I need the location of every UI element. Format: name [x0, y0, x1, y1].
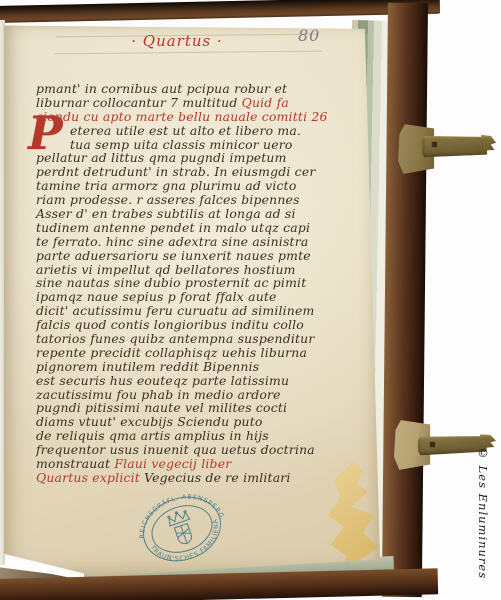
manuscript-line: ipamqz naue sepius p forat ffalx aute — [36, 290, 368, 304]
running-title: · Quartus · — [112, 32, 242, 50]
ink-text: pugndi pitissimi naute vel milites cocti — [36, 400, 287, 415]
rubric-text: Flaui vegecij liber — [114, 456, 231, 471]
rubric-text: Quartus explicit — [36, 470, 144, 485]
manuscript-line: dicit' acutissimu feru curuatu ad simili… — [36, 304, 368, 318]
ink-text: sine nautas sine dubio prosternit ac pim… — [36, 275, 306, 290]
manuscript-line: parte aduersarioru se iunxerit naues pmt… — [36, 249, 368, 263]
ink-text: tua semp uita classis minicor uero — [70, 137, 293, 152]
ink-text: pmant' in cornibus aut pcipua robur et — [36, 81, 287, 96]
manuscript-line: riam prodesse. r asseres falces bipennes — [36, 193, 368, 207]
ink-text: perdnt detrudunt' in strab. In eiusmgdi … — [36, 164, 315, 179]
book-cover-right-edge — [382, 3, 428, 597]
ink-text: monstrauat — [36, 456, 114, 471]
manuscript-line: Asser d' en trabes subtilis at longa ad … — [36, 207, 368, 221]
ink-text: frequentor usus inuenit qua uetus doctri… — [36, 442, 315, 457]
manuscript-line: sine nautas sine dubio prosternit ac pim… — [36, 276, 368, 290]
manuscript-line: repente precidit collaphisqz uehis libur… — [36, 346, 368, 360]
ink-text: tamine tria armorz gna plurimu ad victo — [36, 178, 297, 193]
ruled-line — [54, 51, 322, 55]
ink-text: tudinem antenne pendet in malo utqz capi — [36, 220, 310, 235]
manuscript-line: zacutissimu fou phab in medio ardore — [36, 388, 368, 402]
rubric-text: ciendu cu apto marte bellu nauale comitt… — [36, 109, 328, 124]
ink-text: repente precidit collaphisqz uehis libur… — [36, 345, 307, 360]
ink-text: te ferrato. hinc sine adextra sine asini… — [36, 234, 308, 249]
ink-text: tatorios funes quibz antempna suspenditu… — [36, 331, 314, 346]
clasp-top — [398, 122, 500, 176]
manuscript-line: te ferrato. hinc sine adextra sine asini… — [36, 235, 368, 249]
manuscript-line: perdnt detrudunt' in strab. In eiusmgdi … — [36, 165, 368, 179]
ink-text: est securis hus eouteqz parte latissimu — [36, 373, 289, 388]
manuscript-line: tua semp uita classis minicor uero — [36, 138, 368, 152]
ink-text: pignorem inutilem reddit Bipennis — [36, 359, 259, 374]
folio-number: 80 — [298, 26, 320, 45]
library-stamp: REICHSGRÄFL. ABENSPERG TRAUN'SCHES FAMIL… — [119, 473, 244, 584]
ink-text: de reliquis qma artis amplius in hijs — [36, 428, 269, 443]
manuscript-photo: · Quartus · 80 P pmant' in cornibus aut … — [0, 0, 501, 600]
manuscript-line: pugndi pitissimi naute vel milites cocti — [36, 401, 368, 415]
clasp-nail — [430, 442, 435, 447]
manuscript-line: liburnar collocantur 7 multitud Quid fa — [36, 96, 368, 110]
rubric-text: Quid fa — [242, 95, 289, 110]
manuscript-line: eterea utile est ut alto et libero ma. — [36, 124, 368, 138]
clasp-strap — [422, 135, 496, 159]
manuscript-line: ciendu cu apto marte bellu nauale comitt… — [36, 110, 368, 124]
ink-text: dicit' acutissimu feru curuatu ad simili… — [36, 303, 314, 318]
manuscript-line: diams vtuut' excubijs Sciendu puto — [36, 415, 368, 429]
manuscript-page: · Quartus · 80 P pmant' in cornibus aut … — [4, 20, 380, 576]
stamp-crown-jewel — [184, 510, 187, 513]
manuscript-line: falcis quod contis longioribus inditu co… — [36, 318, 368, 332]
ink-text: parte aduersarioru se iunxerit naues pmt… — [36, 248, 311, 263]
manuscript-line: pmant' in cornibus aut pcipua robur et — [36, 82, 368, 96]
ink-text: arietis vi impellut qd bellatores hostiu… — [36, 262, 296, 277]
ink-text: pellatur ad littus qma pugndi impetum — [36, 150, 287, 165]
manuscript-line: tudinem antenne pendet in malo utqz capi — [36, 221, 368, 235]
ink-text: liburnar collocantur 7 multitud — [36, 95, 242, 110]
ink-text: ipamqz naue sepius p forat ffalx aute — [36, 289, 277, 304]
ink-text: eterea utile est ut alto et libero ma. — [70, 123, 301, 138]
manuscript-line: tatorios funes quibz antempna suspenditu… — [36, 332, 368, 346]
stamp-shield-icon — [174, 524, 193, 546]
manuscript-line: monstrauat Flaui vegecij liber — [36, 457, 368, 471]
ink-text: Asser d' en trabes subtilis at longa ad … — [36, 206, 296, 221]
photo-credit: © Les Enluminures — [476, 446, 490, 600]
manuscript-line: de reliquis qma artis amplius in hijs — [36, 429, 368, 443]
manuscript-line: est securis hus eouteqz parte latissimu — [36, 374, 368, 388]
stamp-text-bottom: TRAUN'SCHES FAMILIENARCHIV — [119, 473, 228, 577]
manuscript-text: pmant' in cornibus aut pcipua robur etli… — [36, 82, 368, 485]
manuscript-line: pignorem inutilem reddit Bipennis — [36, 360, 368, 374]
clasp-nail — [432, 142, 437, 147]
ink-text: riam prodesse. r asseres falces bipennes — [36, 192, 300, 207]
manuscript-line: pellatur ad littus qma pugndi impetum — [36, 151, 368, 165]
manuscript-line: arietis vi impellut qd bellatores hostiu… — [36, 263, 368, 277]
ink-text: falcis quod contis longioribus inditu co… — [36, 317, 304, 332]
book-cover-bottom-edge — [0, 568, 438, 600]
manuscript-line: tamine tria armorz gna plurimu ad victo — [36, 179, 368, 193]
ink-text: zacutissimu fou phab in medio ardore — [36, 387, 281, 402]
ink-text: diams vtuut' excubijs Sciendu puto — [36, 414, 263, 429]
stamp-crown-jewel — [168, 516, 171, 519]
manuscript-line: frequentor usus inuenit qua uetus doctri… — [36, 443, 368, 457]
